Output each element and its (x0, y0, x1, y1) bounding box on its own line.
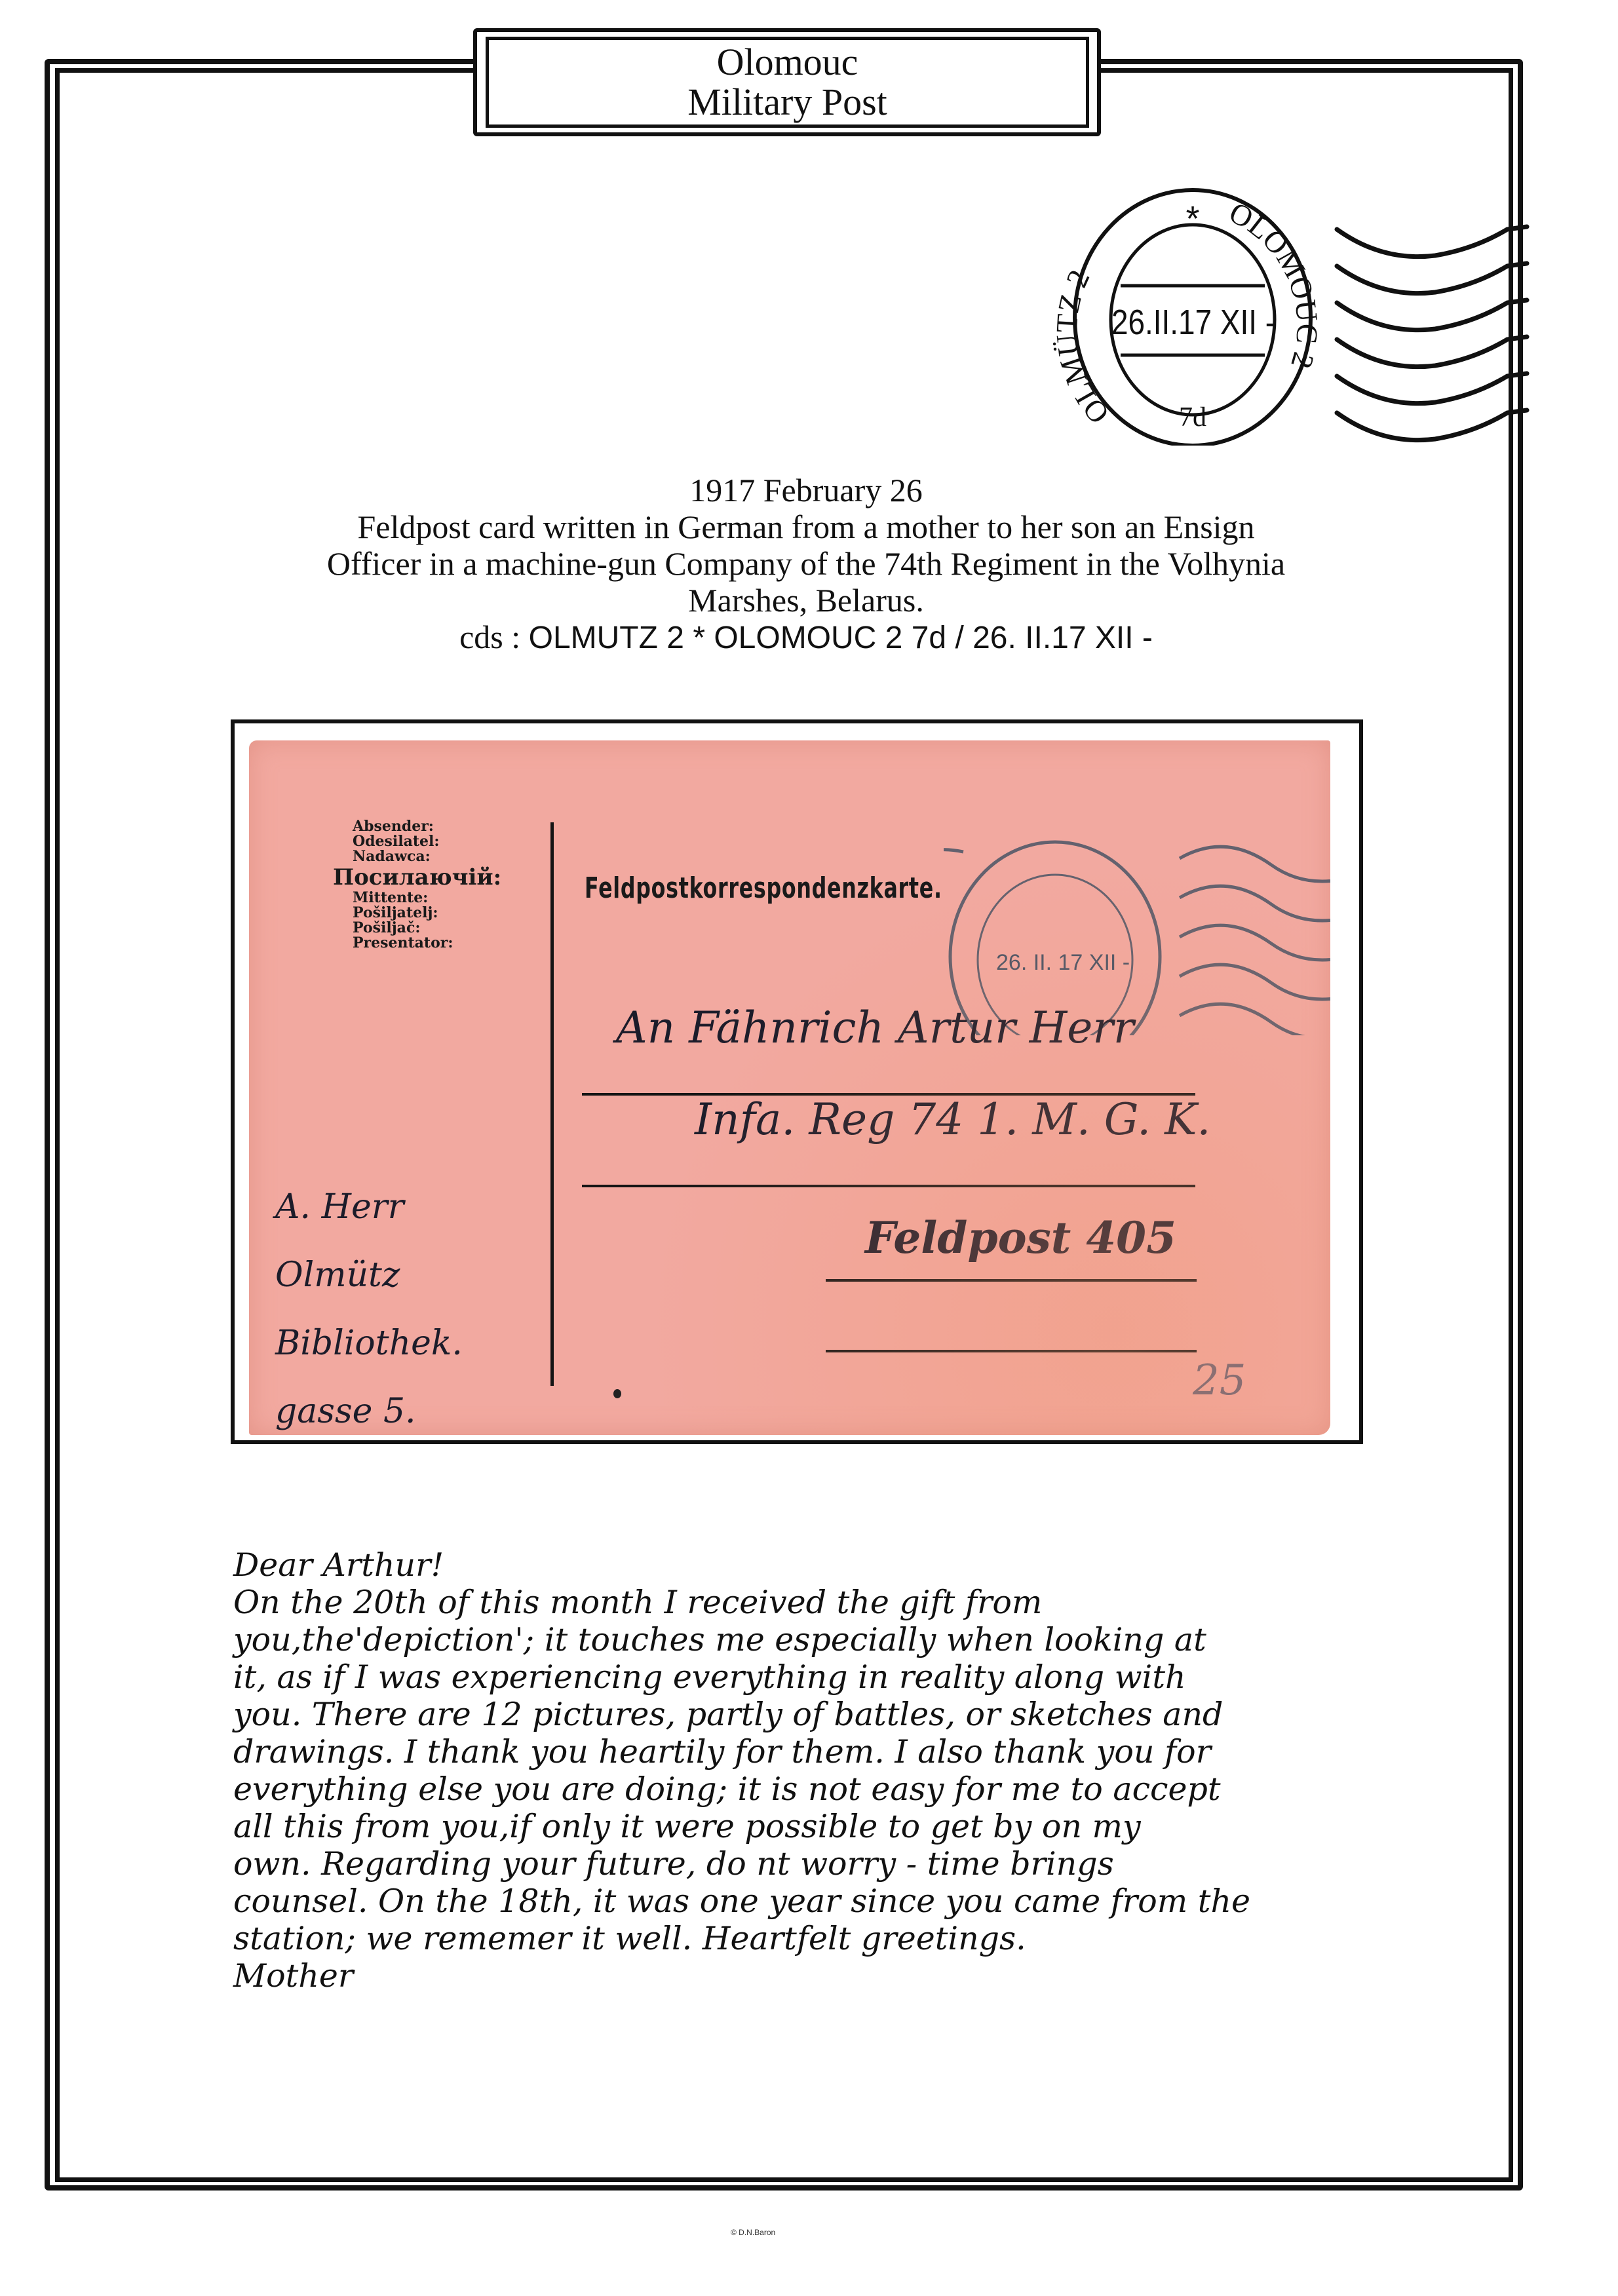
sender-label: Посилаючій: (333, 864, 501, 890)
card-heading: Feldpostkorrespondenzkarte. (585, 871, 942, 905)
letter-line: all this from you,if only it were possib… (233, 1808, 1387, 1845)
address-line-1: An Fähnrich Artur Herr (616, 1003, 1134, 1053)
description-line: Marshes, Belarus. (197, 582, 1416, 619)
sender-label: Absender: (353, 819, 501, 834)
sender-labels: Absender:Odesilatel:Nadawca:Посилаючій:M… (353, 819, 501, 951)
sender-label: Pošiljatelj: (353, 906, 501, 921)
title-subtitle: Military Post (687, 82, 887, 123)
letter-line: it, as if I was experiencing everything … (233, 1658, 1387, 1696)
letter-line: you,the'depiction'; it touches me especi… (233, 1621, 1387, 1658)
ink-spot (613, 1389, 621, 1398)
title-city: Olomouc (717, 43, 858, 82)
postmark-right-text: OLOMOUC 2 (1224, 195, 1324, 372)
postmark-code: 7d (1179, 402, 1206, 432)
letter-line: Dear Arthur! (233, 1546, 1387, 1584)
wavy-cancel-lines-icon (1337, 227, 1527, 440)
letter-line: Mother (233, 1957, 1387, 1995)
sender-label: Presentator: (353, 936, 501, 951)
sender-label: Mittente: (353, 890, 501, 906)
description-line: Feldpost card written in German from a m… (197, 508, 1416, 545)
postmark-date: 26.II.17 XII - (1111, 303, 1275, 342)
letter-line: On the 20th of this month I received the… (233, 1584, 1387, 1621)
postcard: Absender:Odesilatel:Nadawca:Посилаючій:M… (249, 740, 1330, 1435)
address-rule (582, 1185, 1195, 1187)
address-line-3: Feldpost 405 (865, 1212, 1176, 1263)
cds-value: OLMUTZ 2 * OLOMOUC 2 7d / 26. II.17 XII … (529, 621, 1153, 655)
description-line: Officer in a machine-gun Company of the … (197, 545, 1416, 582)
letter-line: own. Regarding your future, do nt worry … (233, 1845, 1387, 1883)
address-line-2: Infa. Reg 74 1. M. G. K. (695, 1094, 1210, 1145)
sender-handwriting: A. HerrOlmützBibliothek.gasse 5. (275, 1173, 463, 1435)
postmark-left-text: OLMÜTZ 2 (1050, 265, 1115, 430)
sender-handwriting-line: Olmütz (275, 1241, 463, 1309)
letter-translation: Dear Arthur!On the 20th of this month I … (233, 1546, 1387, 1995)
sender-label: Pošiljač: (353, 921, 501, 936)
sender-handwriting-line: Bibliothek. (275, 1309, 463, 1377)
address-rule (826, 1350, 1197, 1352)
card-divider (550, 822, 554, 1386)
letter-line: counsel. On the 18th, it was one year si… (233, 1883, 1387, 1920)
pencil-note: 25 (1193, 1356, 1246, 1405)
sender-handwriting-line: A. Herr (275, 1173, 463, 1241)
description-date: 1917 February 26 (197, 472, 1416, 508)
sender-label: Nadawca: (353, 849, 501, 864)
letter-line: station; we rememer it well. Heartfelt g… (233, 1920, 1387, 1957)
sender-handwriting-line: gasse 5. (275, 1377, 463, 1435)
copyright: © D.N.Baron (731, 2228, 775, 2237)
cds-label: cds : (459, 619, 529, 655)
cds-line: cds : OLMUTZ 2 * OLOMOUC 2 7d / 26. II.1… (197, 619, 1416, 657)
description: 1917 February 26 Feldpost card written i… (197, 472, 1416, 657)
letter-line: you. There are 12 pictures, partly of ba… (233, 1696, 1387, 1733)
page-title: Olomouc Military Post (486, 37, 1089, 128)
letter-line: everything else you are doing; it is not… (233, 1770, 1387, 1808)
letter-line: drawings. I thank you heartily for them.… (233, 1733, 1387, 1770)
sender-label: Odesilatel: (353, 834, 501, 849)
postmark-illustration: OLMÜTZ 2 OLOMOUC 2 * 26.II.17 XII - 7d (1049, 183, 1533, 446)
postmark-star: * (1185, 199, 1199, 239)
card-stamp-date: 26. II. 17 XII - (996, 950, 1130, 975)
address-rule (826, 1279, 1197, 1282)
